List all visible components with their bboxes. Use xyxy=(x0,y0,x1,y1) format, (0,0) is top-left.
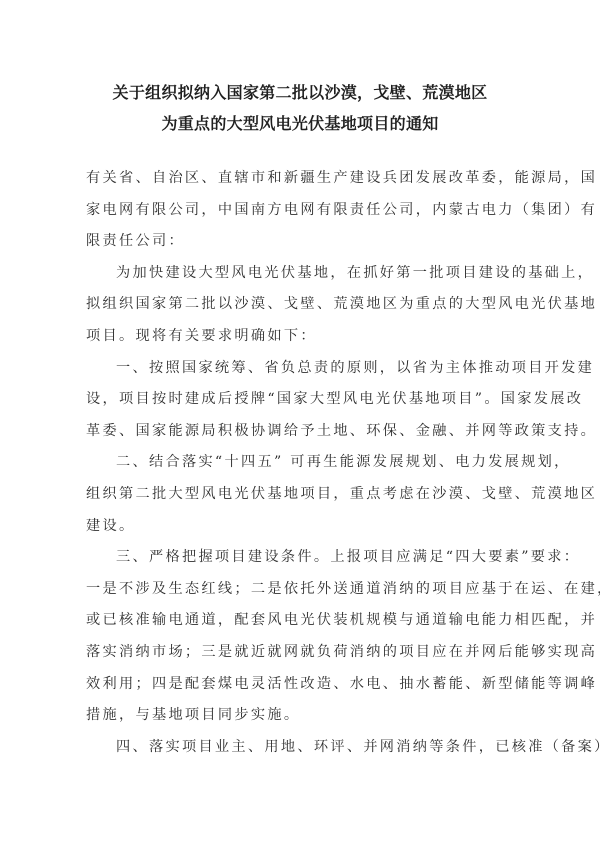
text-line: 设，项目按时建成后授牌“国家大型风电光伏基地项目”。国家发展改 xyxy=(86,389,522,421)
text-line: 为加快建设大型风电光伏基地，在抓好第一批项目建设的基础上， xyxy=(86,263,522,295)
paragraph-addressees: 有关省、自治区、直辖市和新疆生产建设兵团发展改革委，能源局，国 家电网有限公司，… xyxy=(86,168,522,263)
text-line: 一是不涉及生态红线；二是依托外送通道消纳的项目应基于在运、在建， xyxy=(86,579,522,611)
text-line: 拟组织国家第二批以沙漠、戈壁、荒漠地区为重点的大型风电光伏基地 xyxy=(86,294,522,326)
text-line: 一、按照国家统筹、省负总责的原则，以省为主体推动项目开发建 xyxy=(86,358,522,390)
text-line: 四、落实项目业主、用地、环评、并网消纳等条件，已核准（备案） xyxy=(86,737,522,769)
text-line: 落实消纳市场；三是就近就网就负荷消纳的项目应在并网后能够实现高 xyxy=(86,642,522,674)
document-body: 有关省、自治区、直辖市和新疆生产建设兵团发展改革委，能源局，国 家电网有限公司，… xyxy=(86,168,522,768)
text-line: 限责任公司： xyxy=(86,231,522,263)
text-line: 效利用；四是配套煤电灵活性改造、水电、抽水蓄能、新型储能等调峰 xyxy=(86,674,522,706)
text-line: 三、严格把握项目建设条件。上报项目应满足“四大要素”要求： xyxy=(86,547,522,579)
paragraph-item-2: 二、结合落实“十四五” 可再生能源发展规划、电力发展规划， 组织第二批大型风电光… xyxy=(86,452,522,547)
text-line: 有关省、自治区、直辖市和新疆生产建设兵团发展改革委，能源局，国 xyxy=(86,168,522,200)
text-line: 组织第二批大型风电光伏基地项目，重点考虑在沙漠、戈壁、荒漠地区 xyxy=(86,484,522,516)
document-title-line-1: 关于组织拟纳入国家第二批以沙漠，戈壁、荒漠地区 xyxy=(0,80,600,103)
text-line: 或已核准输电通道，配套风电光伏装机规模与通道输电能力相匹配，并 xyxy=(86,610,522,642)
paragraph-item-1: 一、按照国家统筹、省负总责的原则，以省为主体推动项目开发建 设，项目按时建成后授… xyxy=(86,358,522,453)
paragraph-item-4: 四、落实项目业主、用地、环评、并网消纳等条件，已核准（备案） xyxy=(86,737,522,769)
text-line: 措施，与基地项目同步实施。 xyxy=(86,705,522,737)
text-line: 家电网有限公司，中国南方电网有限责任公司，内蒙古电力（集团）有 xyxy=(86,200,522,232)
paragraph-item-3: 三、严格把握项目建设条件。上报项目应满足“四大要素”要求： 一是不涉及生态红线；… xyxy=(86,547,522,737)
text-line: 项目。现将有关要求明确如下： xyxy=(86,326,522,358)
text-line: 革委、国家能源局积极协调给予土地、环保、金融、并网等政策支持。 xyxy=(86,421,522,453)
text-line: 二、结合落实“十四五” 可再生能源发展规划、电力发展规划， xyxy=(86,452,522,484)
document-title-line-2: 为重点的大型风电光伏基地项目的通知 xyxy=(0,111,600,134)
paragraph-intro: 为加快建设大型风电光伏基地，在抓好第一批项目建设的基础上， 拟组织国家第二批以沙… xyxy=(86,263,522,358)
text-line: 建设。 xyxy=(86,516,522,548)
